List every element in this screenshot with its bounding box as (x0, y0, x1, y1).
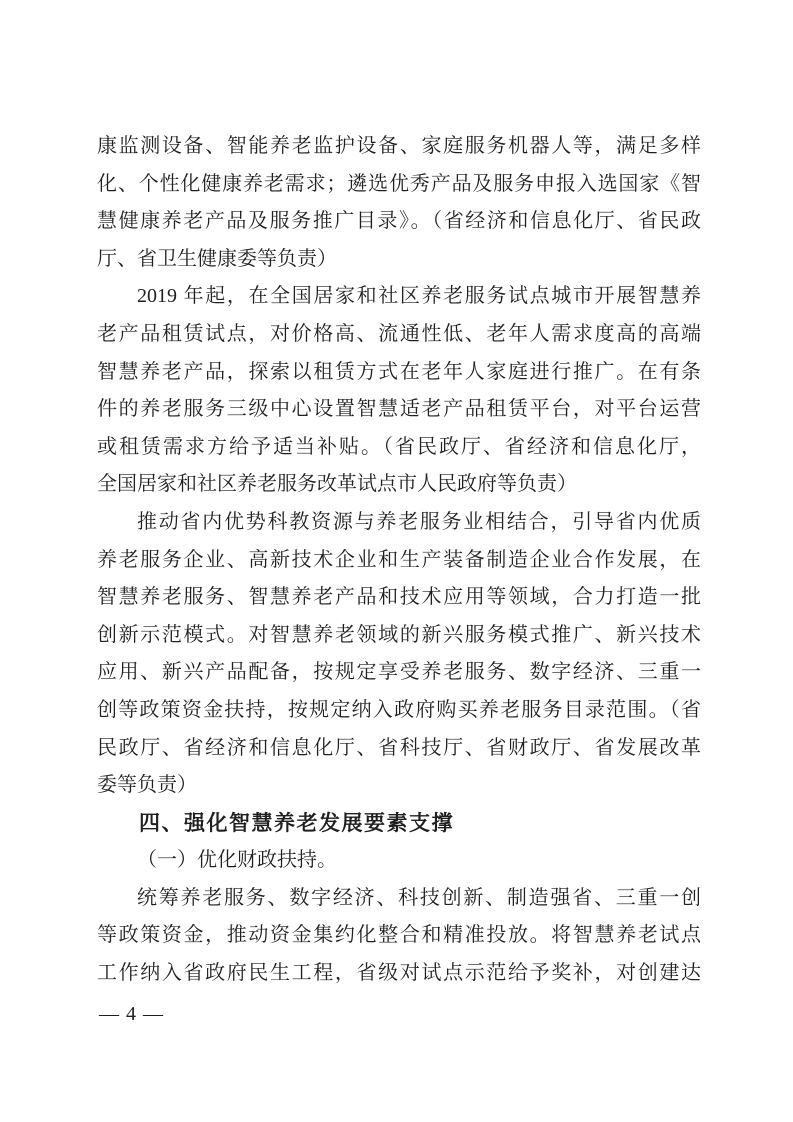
text-line: 应用、新兴产品配备，按规定享受养老服务、数字经济、三重一 (97, 654, 701, 692)
document-body: 康监测设备、智能养老监护设备、家庭服务机器人等，满足多样 化、个性化健康养老需求… (97, 128, 701, 993)
text-line: 或租赁需求方给予适当补贴。（省民政厅、省经济和信息化厅， (97, 429, 701, 467)
text-line: 慧健康养老产品及服务推广目录》。（省经济和信息化厅、省民政 (97, 203, 701, 241)
text-line: 创新示范模式。对智慧养老领域的新兴服务模式推广、新兴技术 (97, 617, 701, 655)
text-line: 2019 年起，在全国居家和社区养老服务试点城市开展智慧养 (97, 278, 701, 316)
text-line: 民政厅、省经济和信息化厅、省科技厅、省财政厅、省发展改革 (97, 730, 701, 768)
text-line: 创等政策资金扶持，按规定纳入政府购买养老服务目录范围。（省 (97, 692, 701, 730)
text-line: 厅、省卫生健康委等负责） (97, 241, 701, 279)
text-line: 老产品租赁试点，对价格高、流通性低、老年人需求度高的高端 (97, 316, 701, 354)
text-line: 康监测设备、智能养老监护设备、家庭服务机器人等，满足多样 (97, 128, 701, 166)
text-line: 推动省内优势科教资源与养老服务业相结合，引导省内优质 (97, 504, 701, 542)
page-number: — 4 — (99, 999, 164, 1029)
text-line: 智慧养老服务、智慧养老产品和技术应用等领域，合力打造一批 (97, 579, 701, 617)
text-line: 全国居家和社区养老服务改革试点市人民政府等负责） (97, 466, 701, 504)
text-line: 养老服务企业、高新技术企业和生产装备制造企业合作发展，在 (97, 542, 701, 580)
subsection-heading: （一）优化财政扶持。 (97, 842, 701, 880)
text-line: 件的养老服务三级中心设置智慧适老产品租赁平台，对平台运营 (97, 391, 701, 429)
text-line: 工作纳入省政府民生工程，省级对试点示范给予奖补，对创建达 (97, 955, 701, 993)
document-page: 康监测设备、智能养老监护设备、家庭服务机器人等，满足多样 化、个性化健康养老需求… (0, 0, 793, 1122)
text-line: 化、个性化健康养老需求；遴选优秀产品及服务申报入选国家《智 (97, 166, 701, 204)
text-line: 智慧养老产品，探索以租赁方式在老年人家庭进行推广。在有条 (97, 354, 701, 392)
text-line: 等政策资金，推动资金集约化整合和精准投放。将智慧养老试点 (97, 917, 701, 955)
text-line: 委等负责） (97, 767, 701, 805)
section-heading: 四、强化智慧养老发展要素支撑 (97, 805, 701, 843)
text-line: 统筹养老服务、数字经济、科技创新、制造强省、三重一创 (97, 880, 701, 918)
